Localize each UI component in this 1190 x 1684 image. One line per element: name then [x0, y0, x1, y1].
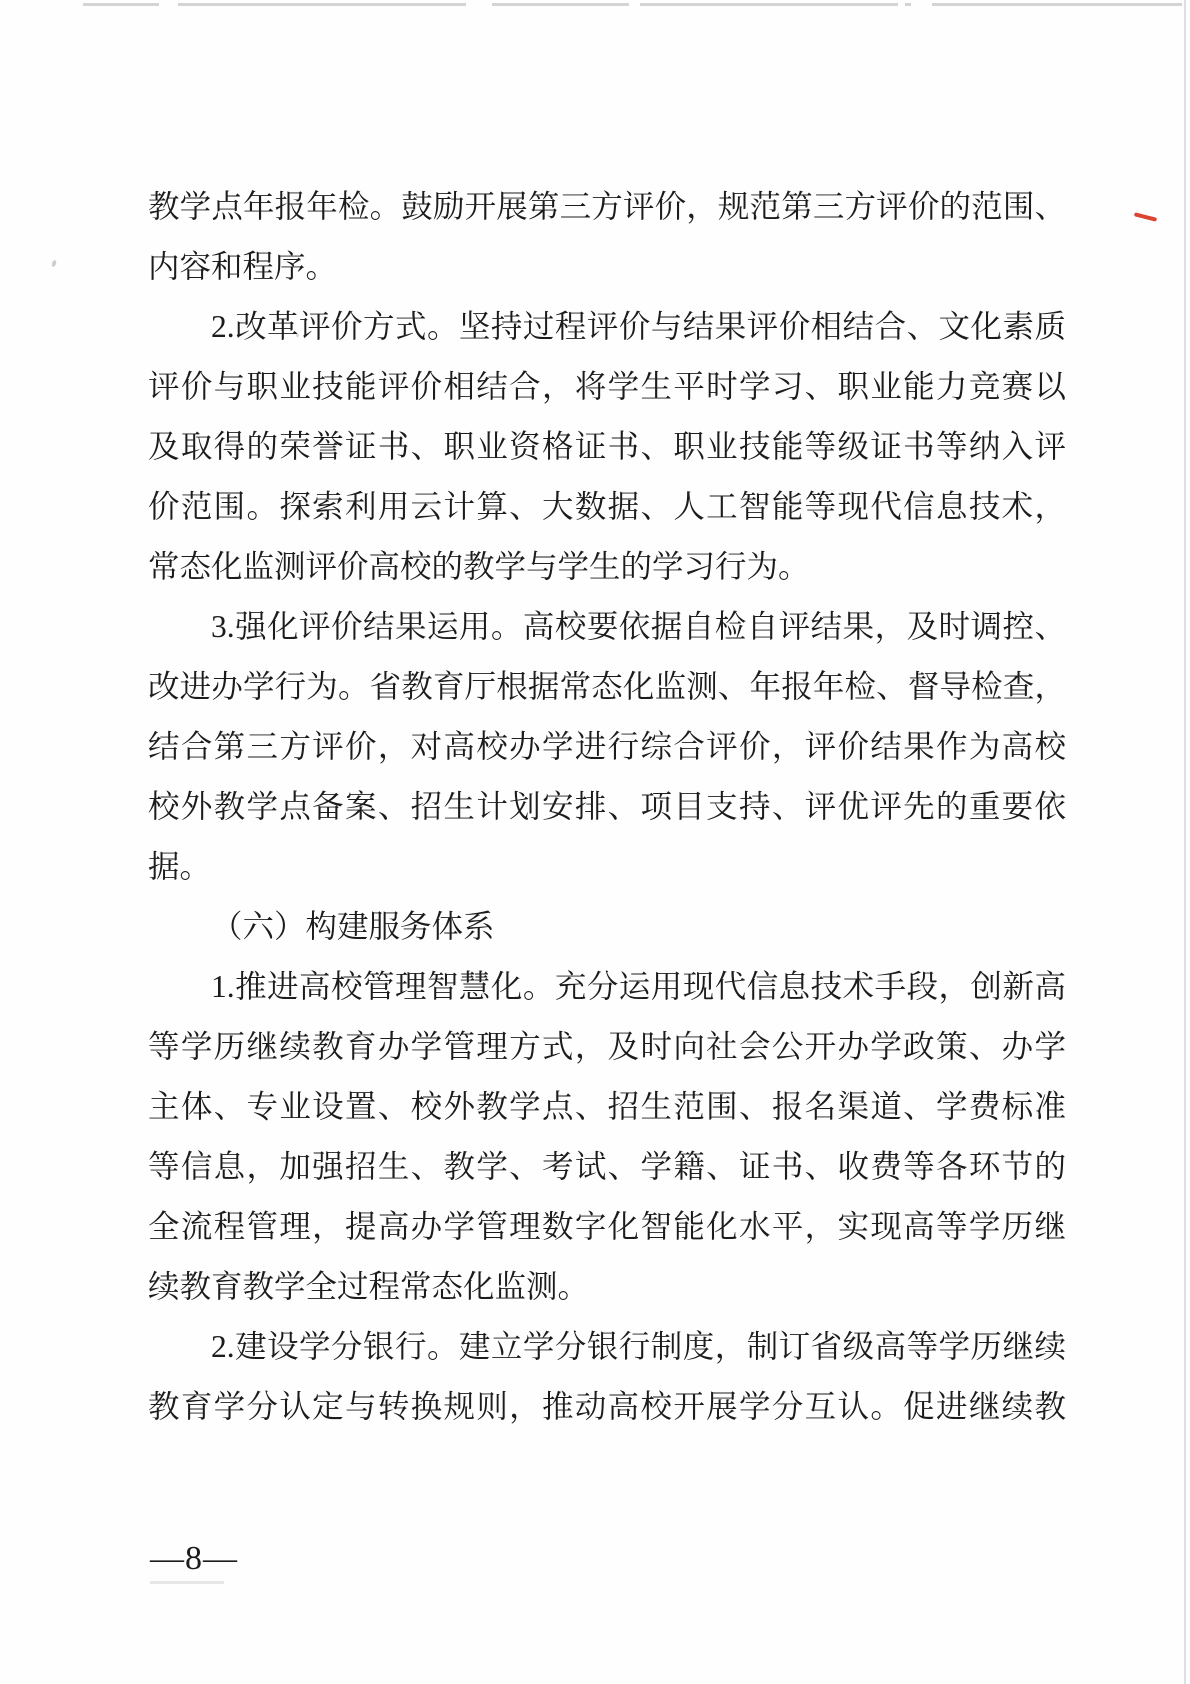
red-pen-mark [1134, 212, 1157, 221]
scan-artifact-dash [178, 3, 466, 6]
text-line: 等学历继续教育办学管理方式，及时向社会公开办学政策、办学 [148, 1017, 1066, 1077]
text-line: 全流程管理，提高办学管理数字化智能化水平，实现高等学历继 [148, 1197, 1066, 1257]
scan-artifact-dash [932, 3, 1182, 6]
text-line: 价范围。探索利用云计算、大数据、人工智能等现代信息技术， [148, 477, 1066, 537]
text-line: 2.改革评价方式。坚持过程评价与结果评价相结合、文化素质 [148, 297, 1066, 357]
section-heading: （六）构建服务体系 [148, 897, 1066, 957]
scan-artifact-dash [640, 3, 898, 6]
text-line: 校外教学点备案、招生计划安排、项目支持、评优评先的重要依 [148, 777, 1066, 837]
scan-artifact-dash [83, 3, 159, 6]
text-line: 教育学分认定与转换规则，推动高校开展学分互认。促进继续教 [148, 1377, 1066, 1437]
scan-artifact-dash [905, 3, 911, 6]
text-line: 内容和程序。 [148, 237, 1066, 297]
text-line: 2.建设学分银行。建立学分银行制度，制订省级高等学历继续 [148, 1317, 1066, 1377]
scan-artifact-dash [150, 1581, 224, 1584]
text-line: 评价与职业技能评价相结合，将学生平时学习、职业能力竞赛以 [148, 357, 1066, 417]
scan-artifact-dash [492, 3, 629, 6]
text-line: 结合第三方评价，对高校办学进行综合评价，评价结果作为高校 [148, 717, 1066, 777]
text-line: 改进办学行为。省教育厅根据常态化监测、年报年检、督导检查， [148, 657, 1066, 717]
text-line: 及取得的荣誉证书、职业资格证书、职业技能等级证书等纳入评 [148, 417, 1066, 477]
text-line: 据。 [148, 837, 1066, 897]
text-line: 1.推进高校管理智慧化。充分运用现代信息技术手段，创新高 [148, 957, 1066, 1017]
text-line: 主体、专业设置、校外教学点、招生范围、报名渠道、学费标准 [148, 1077, 1066, 1137]
document-page: 教学点年报年检。鼓励开展第三方评价，规范第三方评价的范围、 内容和程序。 2.改… [0, 0, 1190, 1684]
scan-edge-line [1184, 0, 1186, 1684]
page-number: —8— [150, 1540, 238, 1578]
body-text: 教学点年报年检。鼓励开展第三方评价，规范第三方评价的范围、 内容和程序。 2.改… [148, 177, 1066, 1437]
text-line: 常态化监测评价高校的教学与学生的学习行为。 [148, 537, 1066, 597]
text-line: 3.强化评价结果运用。高校要依据自检自评结果，及时调控、 [148, 597, 1066, 657]
scan-speck [51, 260, 57, 268]
text-line: 教学点年报年检。鼓励开展第三方评价，规范第三方评价的范围、 [148, 177, 1066, 237]
text-line: 续教育教学全过程常态化监测。 [148, 1257, 1066, 1317]
text-line: 等信息，加强招生、教学、考试、学籍、证书、收费等各环节的 [148, 1137, 1066, 1197]
